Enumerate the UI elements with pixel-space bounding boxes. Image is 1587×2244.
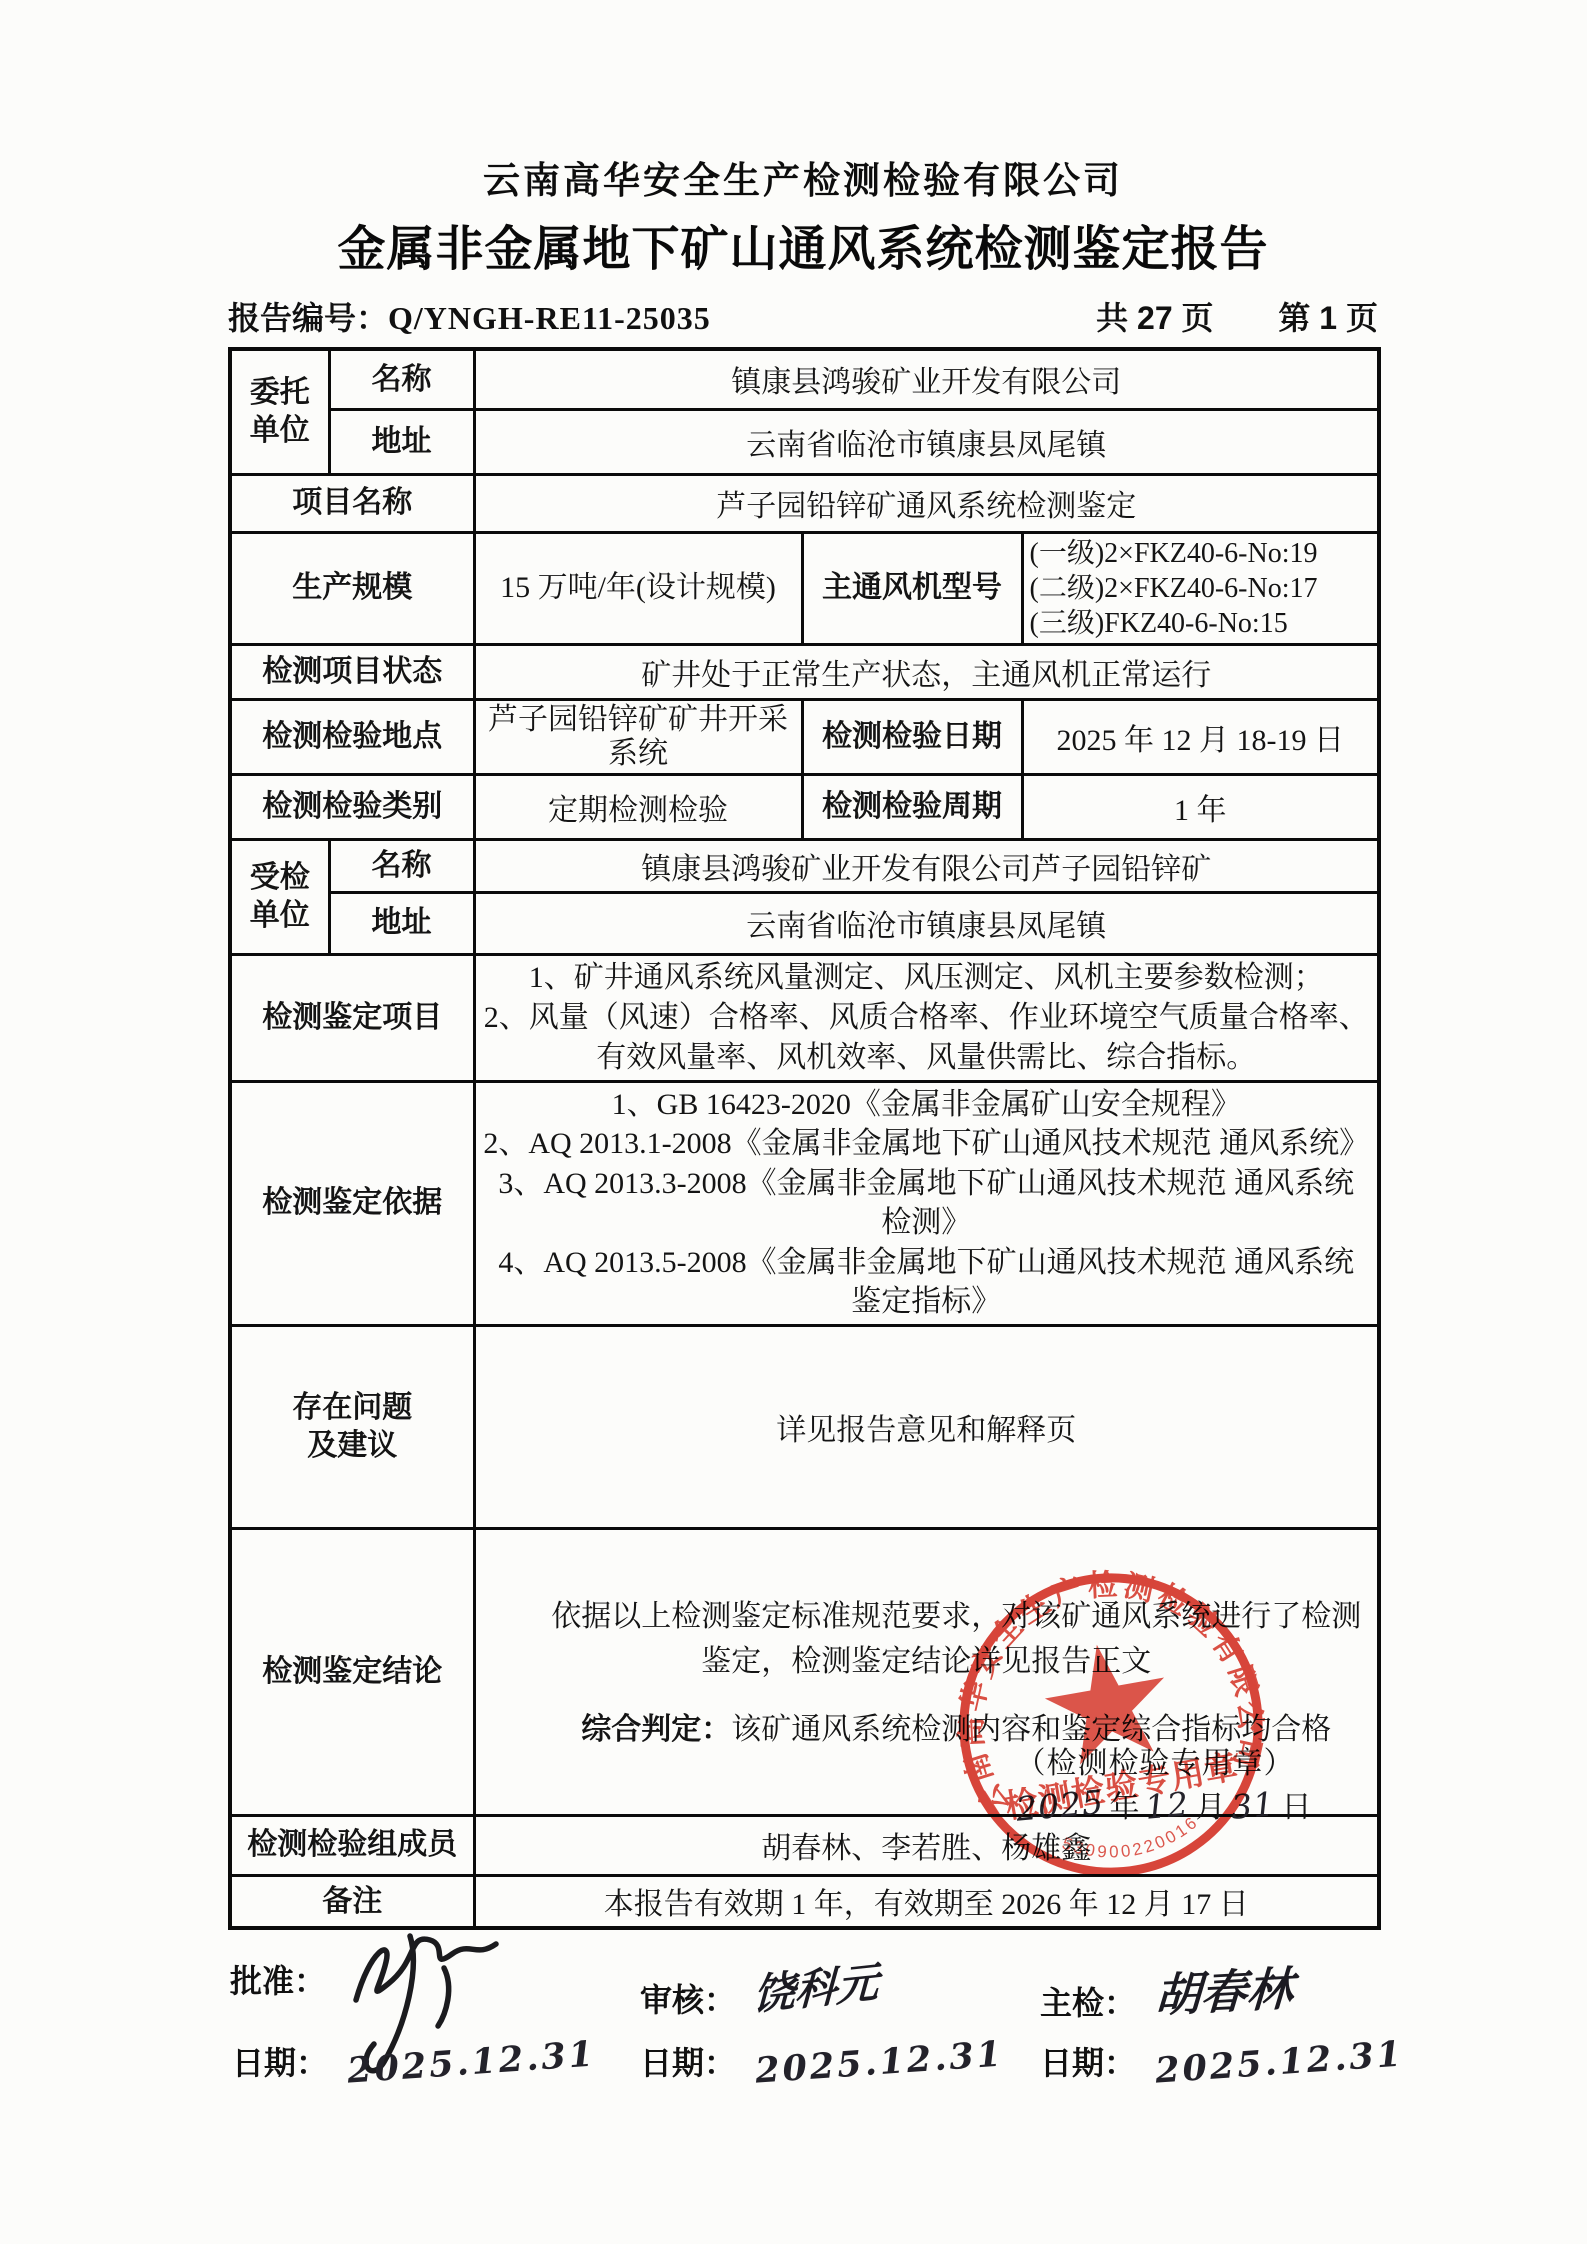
row-basis: 检测鉴定依据 1、GB 16423-2020《金属非金属矿山安全规程》 2、AQ… (230, 1081, 1379, 1325)
fan-model-value: (一级)2×FKZ40-6-No:19 (二级)2×FKZ40-6-No:17 … (1022, 532, 1379, 644)
approve-block: 批准： 日期： 2025.12.31 (230, 1956, 326, 2002)
project-value: 芦子园铅锌矿通风系统检测鉴定 (474, 474, 1379, 532)
conclusion-date-month: 12 (1144, 1784, 1191, 1827)
report-number-value: Q/YNGH-RE11-25035 (388, 300, 711, 336)
row-remark: 备注 本报告有效期 1 年，有效期至 2026 年 12 月 17 日 (230, 1875, 1379, 1928)
remark-label: 备注 (230, 1875, 474, 1928)
month-char: 月 (1195, 1791, 1225, 1824)
basis-line-6: 鉴定指标》 (482, 1282, 1372, 1322)
client-addr-value: 云南省临沧市镇康县凤尾镇 (474, 409, 1379, 474)
client-addr-label: 地址 (329, 409, 474, 474)
basis-line-5: 4、AQ 2013.5-2008《金属非金属地下矿山通风技术规范 通风系统 (482, 1243, 1372, 1283)
fan-model-line-2: (二级)2×FKZ40-6-No:17 (1030, 571, 1372, 606)
chief-date-row: 日期： 2025.12.31 (1040, 2038, 1404, 2084)
basis-line-3: 3、AQ 2013.3-2008《金属非金属地下矿山通风技术规范 通风系统 (482, 1164, 1372, 1204)
category-label: 检测检验类别 (230, 774, 474, 839)
category-value: 定期检测检验 (474, 774, 802, 839)
basis-value: 1、GB 16423-2020《金属非金属矿山安全规程》 2、AQ 2013.1… (474, 1081, 1379, 1325)
approve-date-value: 2025.12.31 (346, 2033, 597, 2091)
client-name-value: 镇康县鸿骏矿业开发有限公司 (474, 349, 1379, 409)
cycle-value: 1 年 (1022, 774, 1379, 839)
conclusion-date-day: 31 (1230, 1784, 1277, 1827)
project-label: 项目名称 (230, 474, 474, 532)
row-client-addr: 地址 云南省临沧市镇康县凤尾镇 (230, 409, 1379, 474)
report-meta-line: 报告编号：Q/YNGH-RE11-25035 共 27 页 第 1 页 (228, 293, 1378, 339)
conclusion-value: 依据以上检测鉴定标准规范要求，对该矿通风系统进行了检测鉴定，检测鉴定结论详见报告… (474, 1528, 1379, 1815)
items-line-1: 1、矿井通风系统风量测定、风压测定、风机主要参数检测； (482, 958, 1372, 998)
items-line-3: 有效风量率、风机效率、风量供需比、综合指标。 (482, 1038, 1372, 1078)
basis-line-2: 2、AQ 2013.1-2008《金属非金属地下矿山通风技术规范 通风系统》 (482, 1124, 1372, 1164)
inspected-addr-value: 云南省临沧市镇康县凤尾镇 (474, 892, 1379, 954)
inspected-name-label: 名称 (329, 839, 474, 892)
team-label: 检测检验组成员 (230, 1815, 474, 1875)
client-name-label: 名称 (329, 349, 474, 409)
approve-label: 批准： (230, 1956, 326, 2002)
scale-value: 15 万吨/年(设计规模) (474, 532, 802, 644)
inspected-addr-label: 地址 (329, 892, 474, 954)
row-inspected-addr: 地址 云南省临沧市镇康县凤尾镇 (230, 892, 1379, 954)
report-number-label: 报告编号： (228, 300, 388, 336)
basis-line-1: 1、GB 16423-2020《金属非金属矿山安全规程》 (482, 1085, 1372, 1125)
current-page: 第 1 页 (1278, 300, 1378, 336)
reviewer-signature: 饶科元 (752, 1949, 879, 2023)
basis-label: 检测鉴定依据 (230, 1081, 474, 1325)
approve-date-label: 日期： (232, 2045, 328, 2081)
status-label: 检测项目状态 (230, 644, 474, 699)
fan-model-line-3: (三级)FKZ40-6-No:15 (1030, 606, 1372, 641)
issues-label-line1: 存在问题 (238, 1389, 467, 1427)
status-value: 矿井处于正常生产状态，主通风机正常运行 (474, 644, 1379, 699)
seal-note: （检测检验专用章） (1016, 1738, 1295, 1782)
document-page: 云南高华安全生产检测检验有限公司 金属非金属地下矿山通风系统检测鉴定报告 报告编… (0, 0, 1587, 2244)
row-inspected-name: 受检单位 名称 镇康县鸿骏矿业开发有限公司芦子园铅锌矿 (230, 839, 1379, 892)
page-content: 云南高华安全生产检测检验有限公司 金属非金属地下矿山通风系统检测鉴定报告 报告编… (228, 150, 1378, 2146)
issues-value: 详见报告意见和解释页 (474, 1325, 1379, 1528)
approve-date-row: 日期： 2025.12.31 (232, 2038, 596, 2084)
row-items: 检测鉴定项目 1、矿井通风系统风量测定、风压测定、风机主要参数检测； 2、风量（… (230, 954, 1379, 1081)
page-info: 共 27 页 第 1 页 (1096, 293, 1378, 339)
row-scale: 生产规模 15 万吨/年(设计规模) 主通风机型号 (一级)2×FKZ40-6-… (230, 532, 1379, 644)
review-date-row: 日期： 2025.12.31 (640, 2038, 1004, 2084)
conclusion-paragraph: 依据以上检测鉴定标准规范要求，对该矿通风系统进行了检测鉴定，检测鉴定结论详见报告… (482, 1594, 1372, 1684)
row-client-name: 委托单位 名称 镇康县鸿骏矿业开发有限公司 (230, 349, 1379, 409)
scale-label: 生产规模 (230, 532, 474, 644)
chief-date-label: 日期： (1040, 2045, 1136, 2081)
conclusion-date: 2025年12月31日 (1016, 1782, 1318, 1826)
row-conclusion: 检测鉴定结论 依据以上检测鉴定标准规范要求，对该矿通风系统进行了检测鉴定，检测鉴… (230, 1528, 1379, 1815)
conclusion-label: 检测鉴定结论 (230, 1528, 474, 1815)
cycle-label: 检测检验周期 (802, 774, 1022, 839)
row-location-date: 检测检验地点 芦子园铅锌矿矿井开采系统 检测检验日期 2025 年 12 月 1… (230, 699, 1379, 774)
issues-label: 存在问题 及建议 (230, 1325, 474, 1528)
row-category-cycle: 检测检验类别 定期检测检验 检测检验周期 1 年 (230, 774, 1379, 839)
report-table: 委托单位 名称 镇康县鸿骏矿业开发有限公司 地址 云南省临沧市镇康县凤尾镇 项目… (228, 347, 1381, 1930)
review-date-label: 日期： (640, 2045, 736, 2081)
remark-value: 本报告有效期 1 年，有效期至 2026 年 12 月 17 日 (474, 1875, 1379, 1928)
conclusion-date-year: 2025 (1014, 1782, 1105, 1829)
client-group-label: 委托单位 (230, 349, 329, 474)
issues-label-line2: 及建议 (238, 1427, 467, 1465)
fan-model-line-1: (一级)2×FKZ40-6-No:19 (1030, 536, 1372, 571)
row-project: 项目名称 芦子园铅锌矿通风系统检测鉴定 (230, 474, 1379, 532)
row-status: 检测项目状态 矿井处于正常生产状态，主通风机正常运行 (230, 644, 1379, 699)
company-name: 云南高华安全生产检测检验有限公司 (228, 150, 1378, 204)
chief-signature: 胡春林 (1153, 1952, 1294, 2025)
chief-label: 主检： (1040, 1978, 1136, 2024)
review-label: 审核： (640, 1975, 736, 2021)
signature-footer: 批准： 日期： 2025.12.31 审核： 饶科元 日期： (228, 1946, 1378, 2146)
report-number: 报告编号：Q/YNGH-RE11-25035 (228, 293, 711, 339)
location-value: 芦子园铅锌矿矿井开采系统 (474, 699, 802, 774)
fan-model-label: 主通风机型号 (802, 532, 1022, 644)
basis-line-4: 检测》 (482, 1203, 1372, 1243)
test-date-value: 2025 年 12 月 18-19 日 (1022, 699, 1379, 774)
items-label: 检测鉴定项目 (230, 954, 474, 1081)
inspected-name-value: 镇康县鸿骏矿业开发有限公司芦子园铅锌矿 (474, 839, 1379, 892)
items-line-2: 2、风量（风速）合格率、风质合格率、作业环境空气质量合格率、 (482, 998, 1372, 1038)
chief-date-value: 2025.12.31 (1154, 2033, 1405, 2091)
report-title: 金属非金属地下矿山通风系统检测鉴定报告 (228, 210, 1378, 279)
chief-block: 主检： 胡春林 日期： 2025.12.31 (1040, 1956, 1293, 2024)
verdict-label: 综合判定： (581, 1713, 731, 1746)
review-block: 审核： 饶科元 日期： 2025.12.31 (640, 1956, 879, 2021)
inspected-group-label: 受检单位 (230, 839, 329, 954)
year-char: 年 (1109, 1791, 1139, 1824)
test-date-label: 检测检验日期 (802, 699, 1022, 774)
row-issues: 存在问题 及建议 详见报告意见和解释页 (230, 1325, 1379, 1528)
review-date-value: 2025.12.31 (754, 2033, 1005, 2091)
day-char: 日 (1281, 1791, 1311, 1824)
total-pages: 共 27 页 (1096, 300, 1213, 336)
items-value: 1、矿井通风系统风量测定、风压测定、风机主要参数检测； 2、风量（风速）合格率、… (474, 954, 1379, 1081)
location-label: 检测检验地点 (230, 699, 474, 774)
